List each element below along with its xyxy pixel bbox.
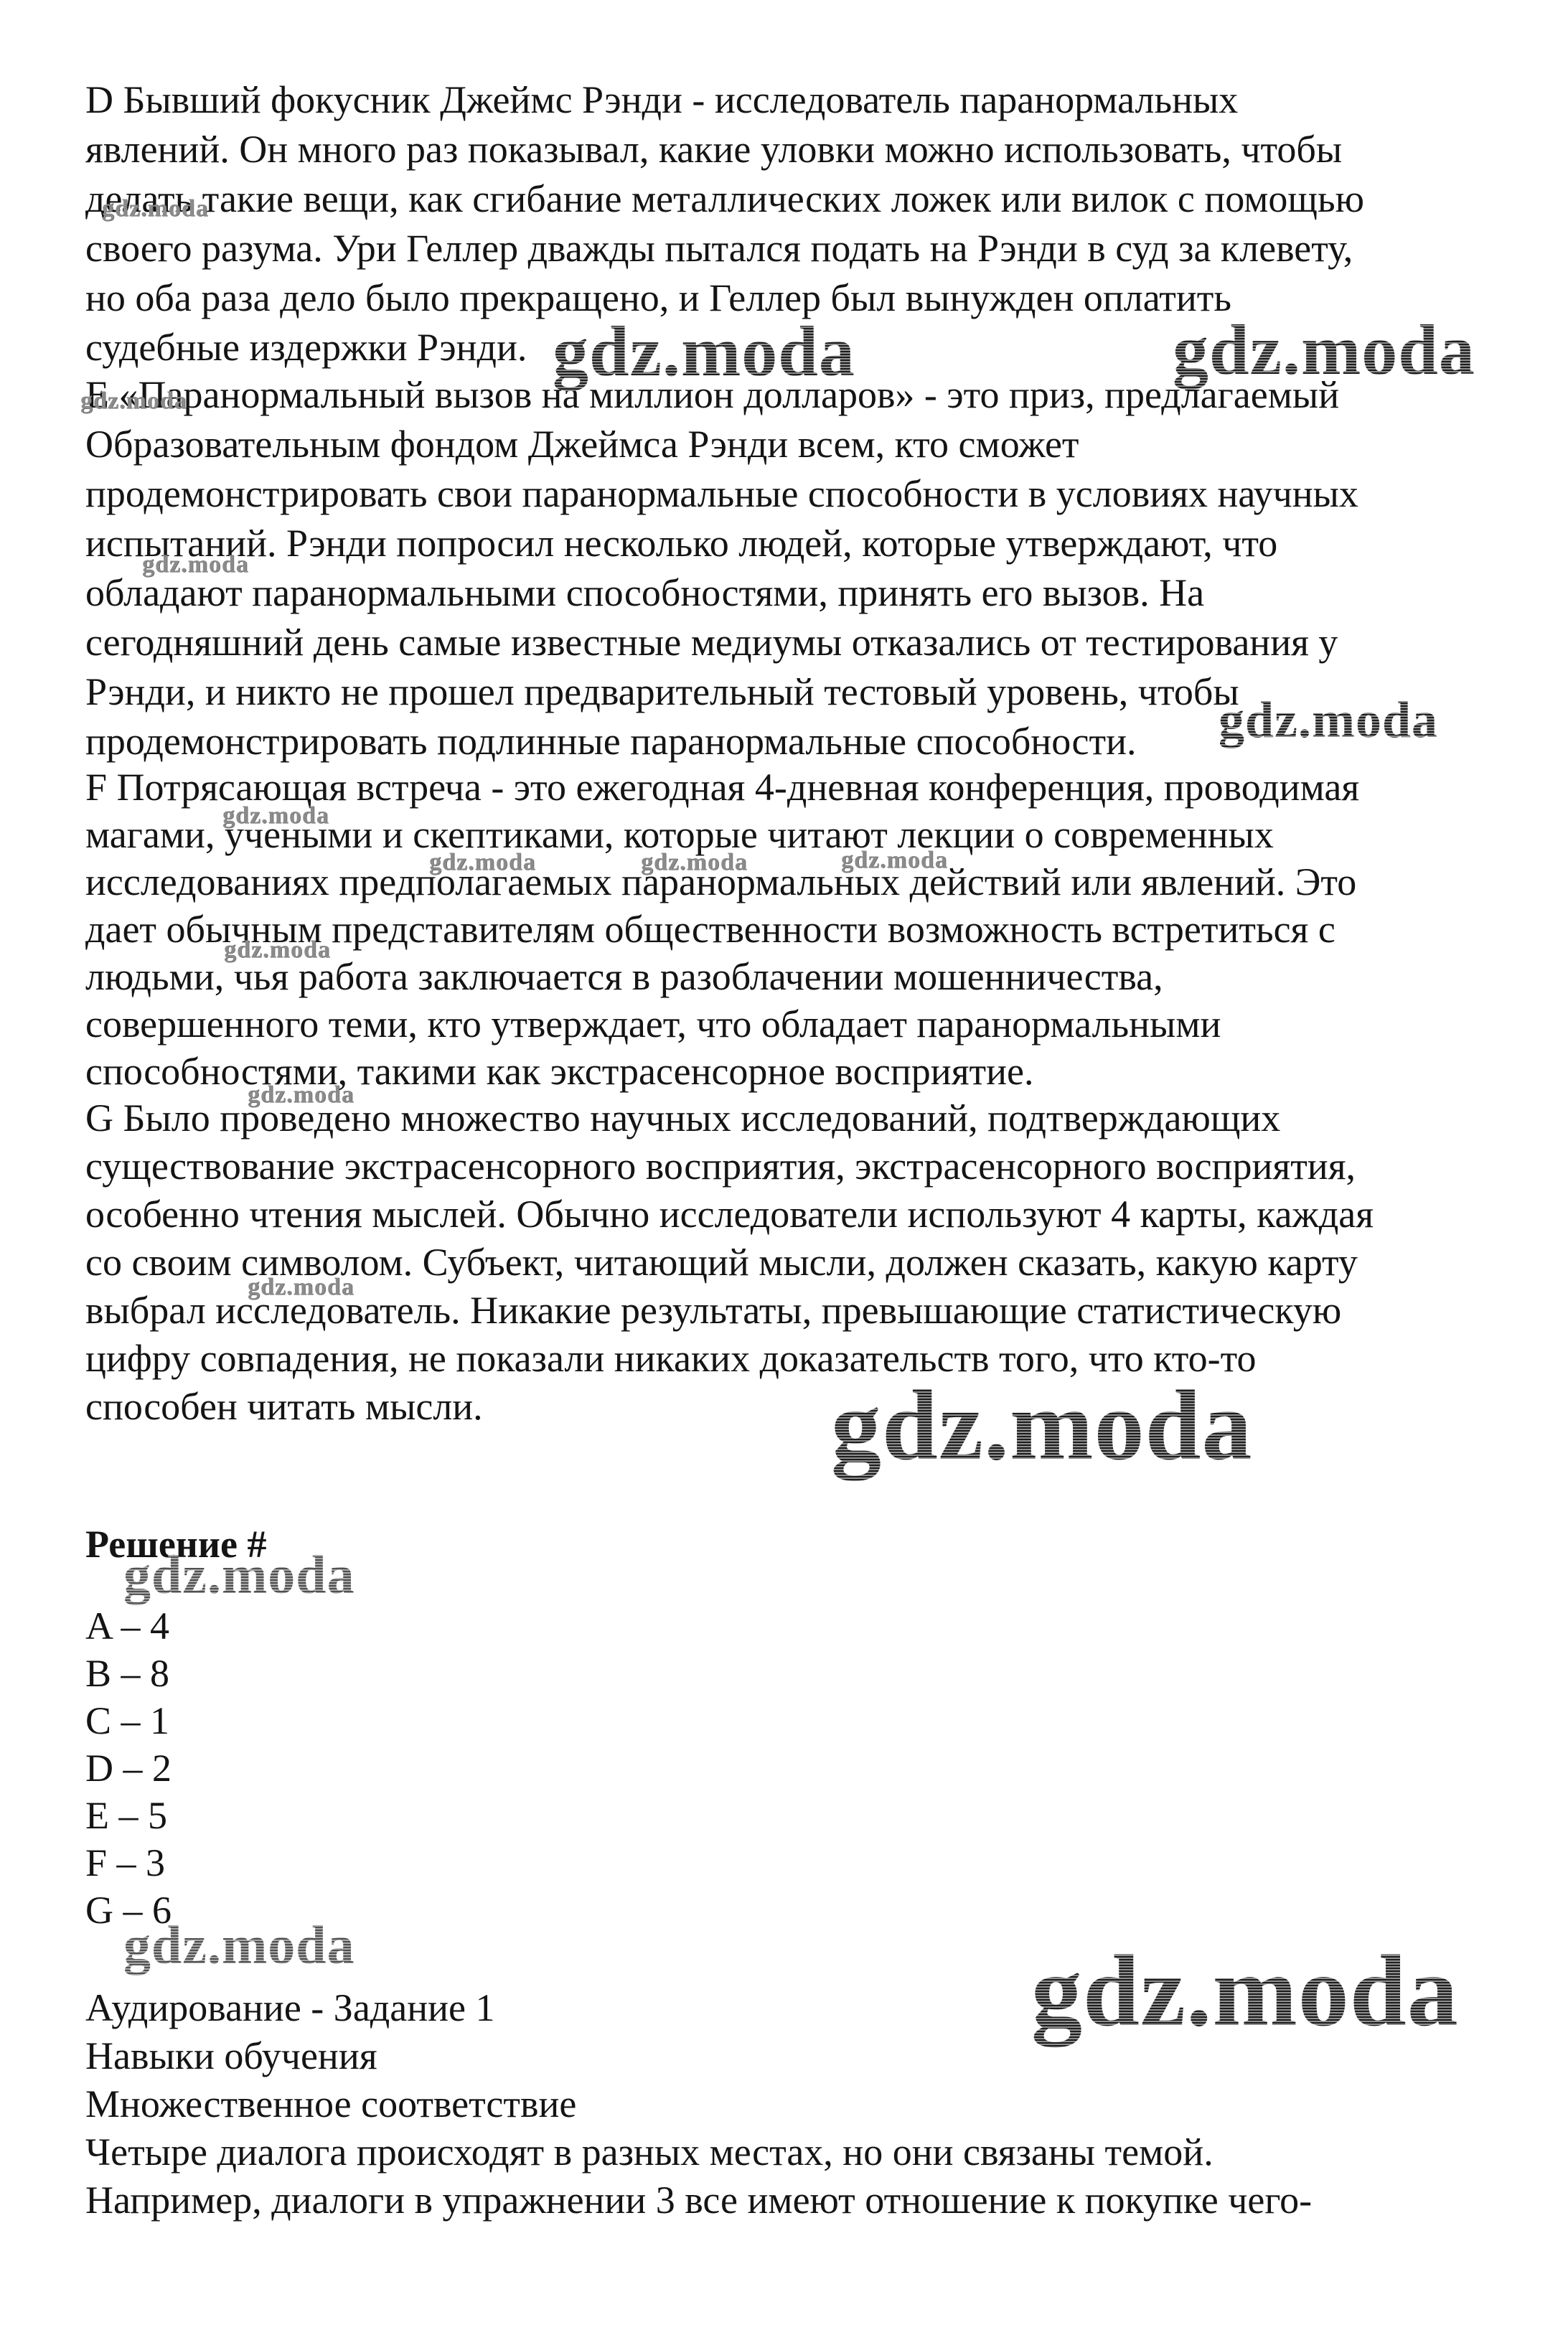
answer-row: F – 3 (85, 1839, 172, 1886)
answer-row: E – 5 (85, 1792, 172, 1839)
watermark: gdz.moda (142, 551, 249, 578)
answer-row: A – 4 (85, 1602, 172, 1650)
watermark: gdz.moda (553, 310, 855, 393)
text-line: Множественное соответствие (85, 2080, 1312, 2128)
text-line: обладают паранормальными способностями, … (85, 568, 1358, 618)
answer-row: B – 8 (85, 1650, 172, 1697)
watermark: gdz.moda (429, 849, 536, 876)
watermark: gdz.moda (80, 387, 187, 415)
watermark: gdz.moda (123, 1914, 355, 1977)
text-line: явлений. Он много раз показывал, какие у… (85, 125, 1364, 174)
text-line: сегодняшний день самые известные медиумы… (85, 618, 1358, 667)
text-line: Образовательным фондом Джеймса Рэнди все… (85, 420, 1358, 469)
text-line: продемонстрировать подлинные паранормаль… (85, 717, 1358, 766)
watermark: gdz.moda (123, 1544, 355, 1607)
watermark: gdz.moda (1173, 309, 1475, 391)
text-line: особенно чтения мыслей. Обычно исследова… (85, 1190, 1374, 1239)
paragraph-e: E «Паранормальный вызов на миллион долла… (85, 370, 1358, 766)
text-line: испытаний. Рэнди попросил несколько люде… (85, 519, 1358, 568)
watermark: gdz.moda (1031, 1932, 1459, 2049)
text-line: D Бывший фокусник Джеймс Рэнди - исследо… (85, 75, 1364, 125)
watermark: gdz.moda (248, 1081, 355, 1109)
answers-list: A – 4 B – 8 C – 1 D – 2 E – 5 F – 3 G – … (85, 1602, 172, 1934)
watermark: gdz.moda (1219, 690, 1438, 750)
answer-row: C – 1 (85, 1697, 172, 1744)
watermark: gdz.moda (841, 847, 948, 874)
watermark: gdz.moda (222, 802, 329, 830)
text-line: существование экстрасенсорного восприяти… (85, 1142, 1374, 1190)
text-line: Рэнди, и никто не прошел предварительный… (85, 667, 1358, 717)
watermark: gdz.moda (641, 849, 748, 876)
document-page: D Бывший фокусник Джеймс Рэнди - исследо… (0, 0, 1568, 2340)
text-line: Четыре диалога происходят в разных места… (85, 2128, 1312, 2176)
text-line: Например, диалоги в упражнении 3 все име… (85, 2176, 1312, 2224)
answer-row: D – 2 (85, 1744, 172, 1792)
text-line: делать такие вещи, как сгибание металлич… (85, 174, 1364, 224)
watermark: gdz.moda (102, 195, 209, 222)
text-line: продемонстрировать свои паранормальные с… (85, 469, 1358, 519)
text-line: своего разума. Ури Геллер дважды пытался… (85, 224, 1364, 273)
text-line: совершенного теми, кто утверждает, что о… (85, 1000, 1359, 1048)
watermark: gdz.moda (248, 1274, 355, 1301)
watermark: gdz.moda (224, 936, 331, 964)
watermark: gdz.moda (831, 1368, 1252, 1483)
